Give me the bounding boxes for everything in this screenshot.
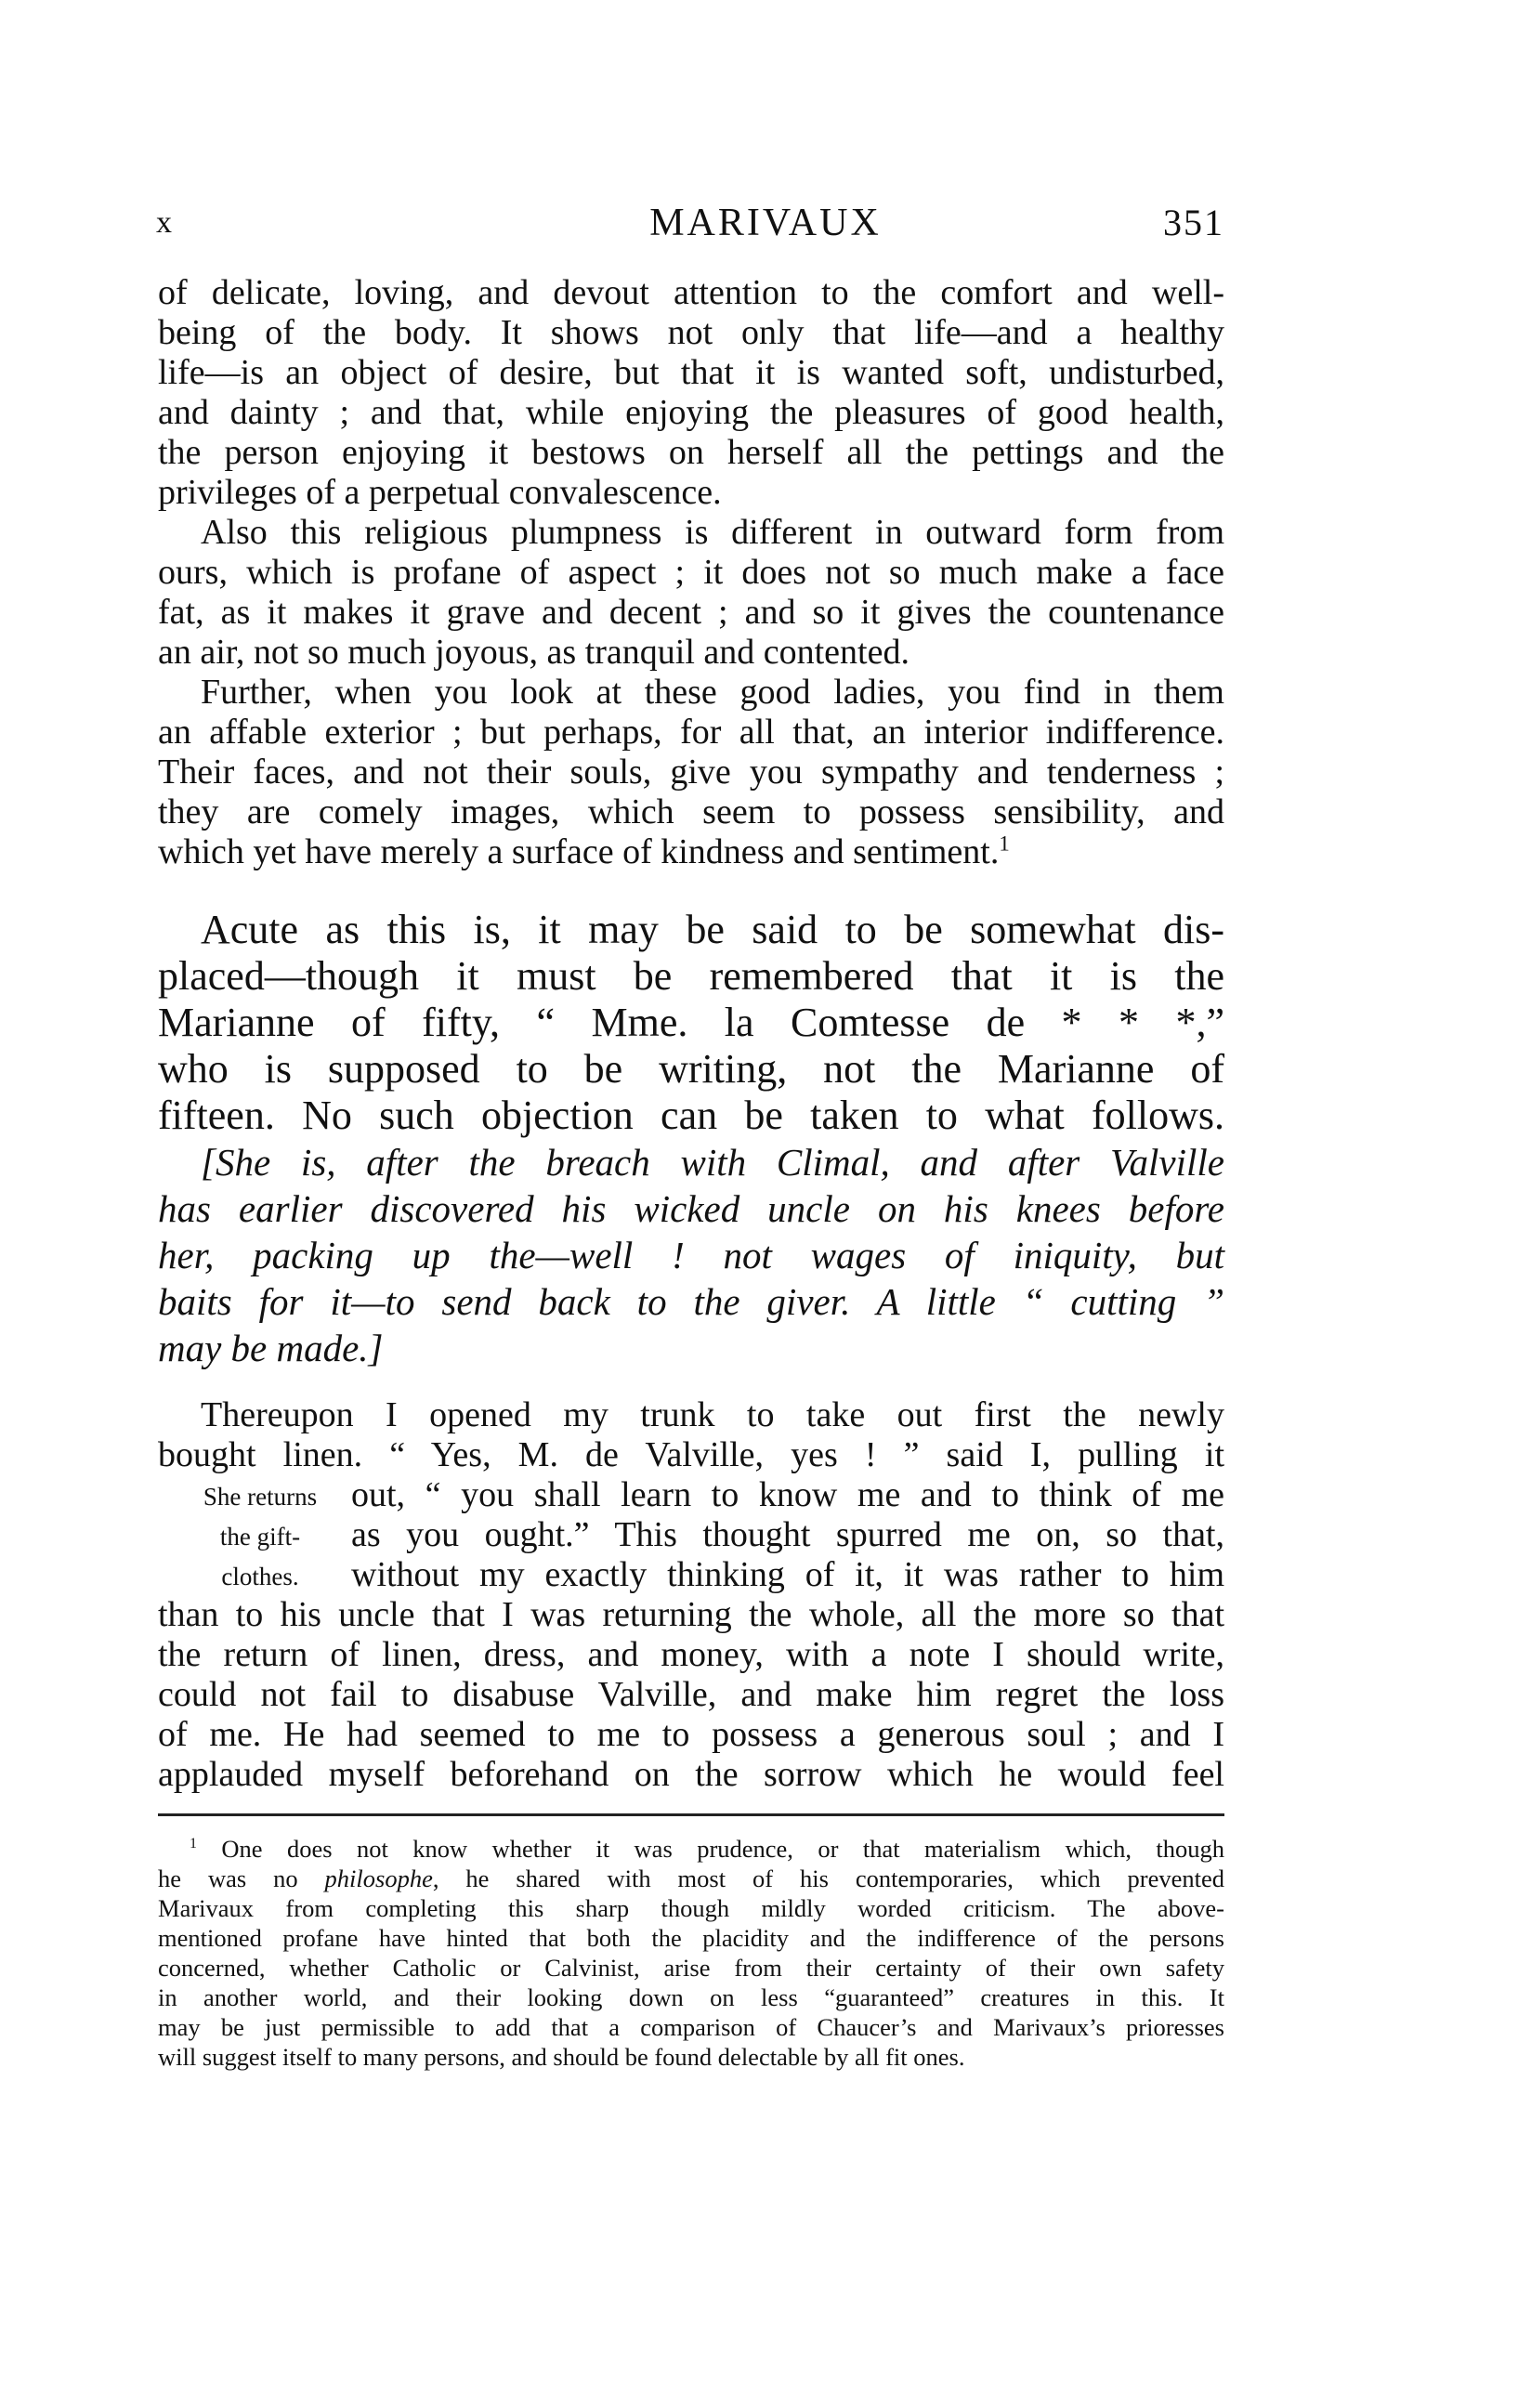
text-line: Further, when you look at these good lad… [158, 673, 1224, 713]
margin-note: She returns the gift- clothes. [167, 1477, 353, 1597]
text-line: of delicate, loving, and devout attentio… [158, 273, 1224, 313]
text-line: the return of linen, dress, and money, w… [158, 1635, 1224, 1675]
text-line: fat, as it makes it grave and decent ; a… [158, 593, 1224, 633]
text-line: of me. He had seemed to me to possess a … [158, 1715, 1224, 1755]
footnote-reference[interactable]: 1 [999, 831, 1009, 855]
text-line: and dainty ; and that, while enjoying th… [158, 393, 1224, 433]
footnote-rule [158, 1813, 1224, 1816]
text-line: in another world, and their looking down… [158, 1983, 1224, 2012]
text-line: which yet have merely a surface of kindn… [158, 832, 1224, 872]
margin-note-line: clothes. [167, 1557, 353, 1597]
text-span: he was no [158, 1865, 325, 1892]
text-line: will suggest itself to many persons, and… [158, 2042, 1224, 2072]
text-line: could not fail to disabuse Valville, and… [158, 1675, 1224, 1715]
book-page: x MARIVAUX 351 of delicate, loving, and … [0, 0, 1531, 2408]
text-line: the person enjoying it bestows on hersel… [158, 433, 1224, 473]
text-line: Acute as this is, it may be said to be s… [158, 907, 1224, 953]
text-line: may be just permissible to add that a co… [158, 2012, 1224, 2042]
text-line: they are comely images, which seem to po… [158, 792, 1224, 832]
text-line: being of the body. It shows not only tha… [158, 313, 1224, 353]
page-number: 351 [1163, 199, 1224, 247]
text-line: he was no philosophe, he shared with mos… [158, 1864, 1224, 1893]
text-line: applauded myself beforehand on the sorro… [158, 1755, 1224, 1795]
text-span: One does not know whether it was prudenc… [221, 1835, 1224, 1863]
text-line: Thereupon I opened my trunk to take out … [158, 1395, 1224, 1435]
text-line: placed—though it must be remembered that… [158, 953, 1224, 1000]
text-line: has earlier discovered his wicked uncle … [158, 1185, 1224, 1232]
margin-note-line: She returns [167, 1477, 353, 1517]
running-title: MARIVAUX [0, 199, 1531, 247]
text-line: out, “ you shall learn to know me and to… [351, 1475, 1224, 1515]
text-line: 1 One does not know whether it was prude… [158, 1834, 1224, 1864]
italic-term: philosophe [325, 1865, 433, 1892]
text-span: which yet have merely a surface of kindn… [158, 832, 999, 871]
text-line: privileges of a perpetual convalescence. [158, 473, 1224, 513]
text-line: her, packing up the—well ! not wages of … [158, 1232, 1224, 1278]
text-line: bought linen. “ Yes, M. de Valville, yes… [158, 1435, 1224, 1475]
text-line: [She is, after the breach with Climal, a… [158, 1139, 1224, 1185]
text-line: life—is an object of desire, but that it… [158, 353, 1224, 393]
margin-note-line: the gift- [167, 1517, 353, 1557]
text-line: Their faces, and not their souls, give y… [158, 752, 1224, 792]
text-line: an air, not so much joyous, as tranquil … [158, 633, 1224, 673]
footnote-marker: 1 [190, 1836, 197, 1852]
text-line: baits for it—to send back to the giver. … [158, 1278, 1224, 1325]
text-line: fifteen. No such objection can be taken … [158, 1093, 1224, 1139]
text-line: ours, which is profane of aspect ; it do… [158, 553, 1224, 593]
text-line: an affable exterior ; but perhaps, for a… [158, 713, 1224, 752]
text-line: Also this religious plumpness is differe… [158, 513, 1224, 553]
text-line: without my exactly thinking of it, it wa… [351, 1555, 1224, 1595]
text-line: mentioned profane have hinted that both … [158, 1923, 1224, 1953]
text-line: Marivaux from completing this sharp thou… [158, 1893, 1224, 1923]
text-span: , he shared with most of his contemporar… [433, 1865, 1224, 1892]
text-line: than to his uncle that I was returning t… [158, 1595, 1224, 1635]
text-line: Marianne of fifty, “ Mme. la Comtesse de… [158, 1000, 1224, 1046]
text-line: as you ought.” This thought spurred me o… [351, 1515, 1224, 1555]
text-line: may be made.] [158, 1325, 1224, 1371]
text-line: concerned, whether Catholic or Calvinist… [158, 1953, 1224, 1983]
text-line: who is supposed to be writing, not the M… [158, 1046, 1224, 1093]
